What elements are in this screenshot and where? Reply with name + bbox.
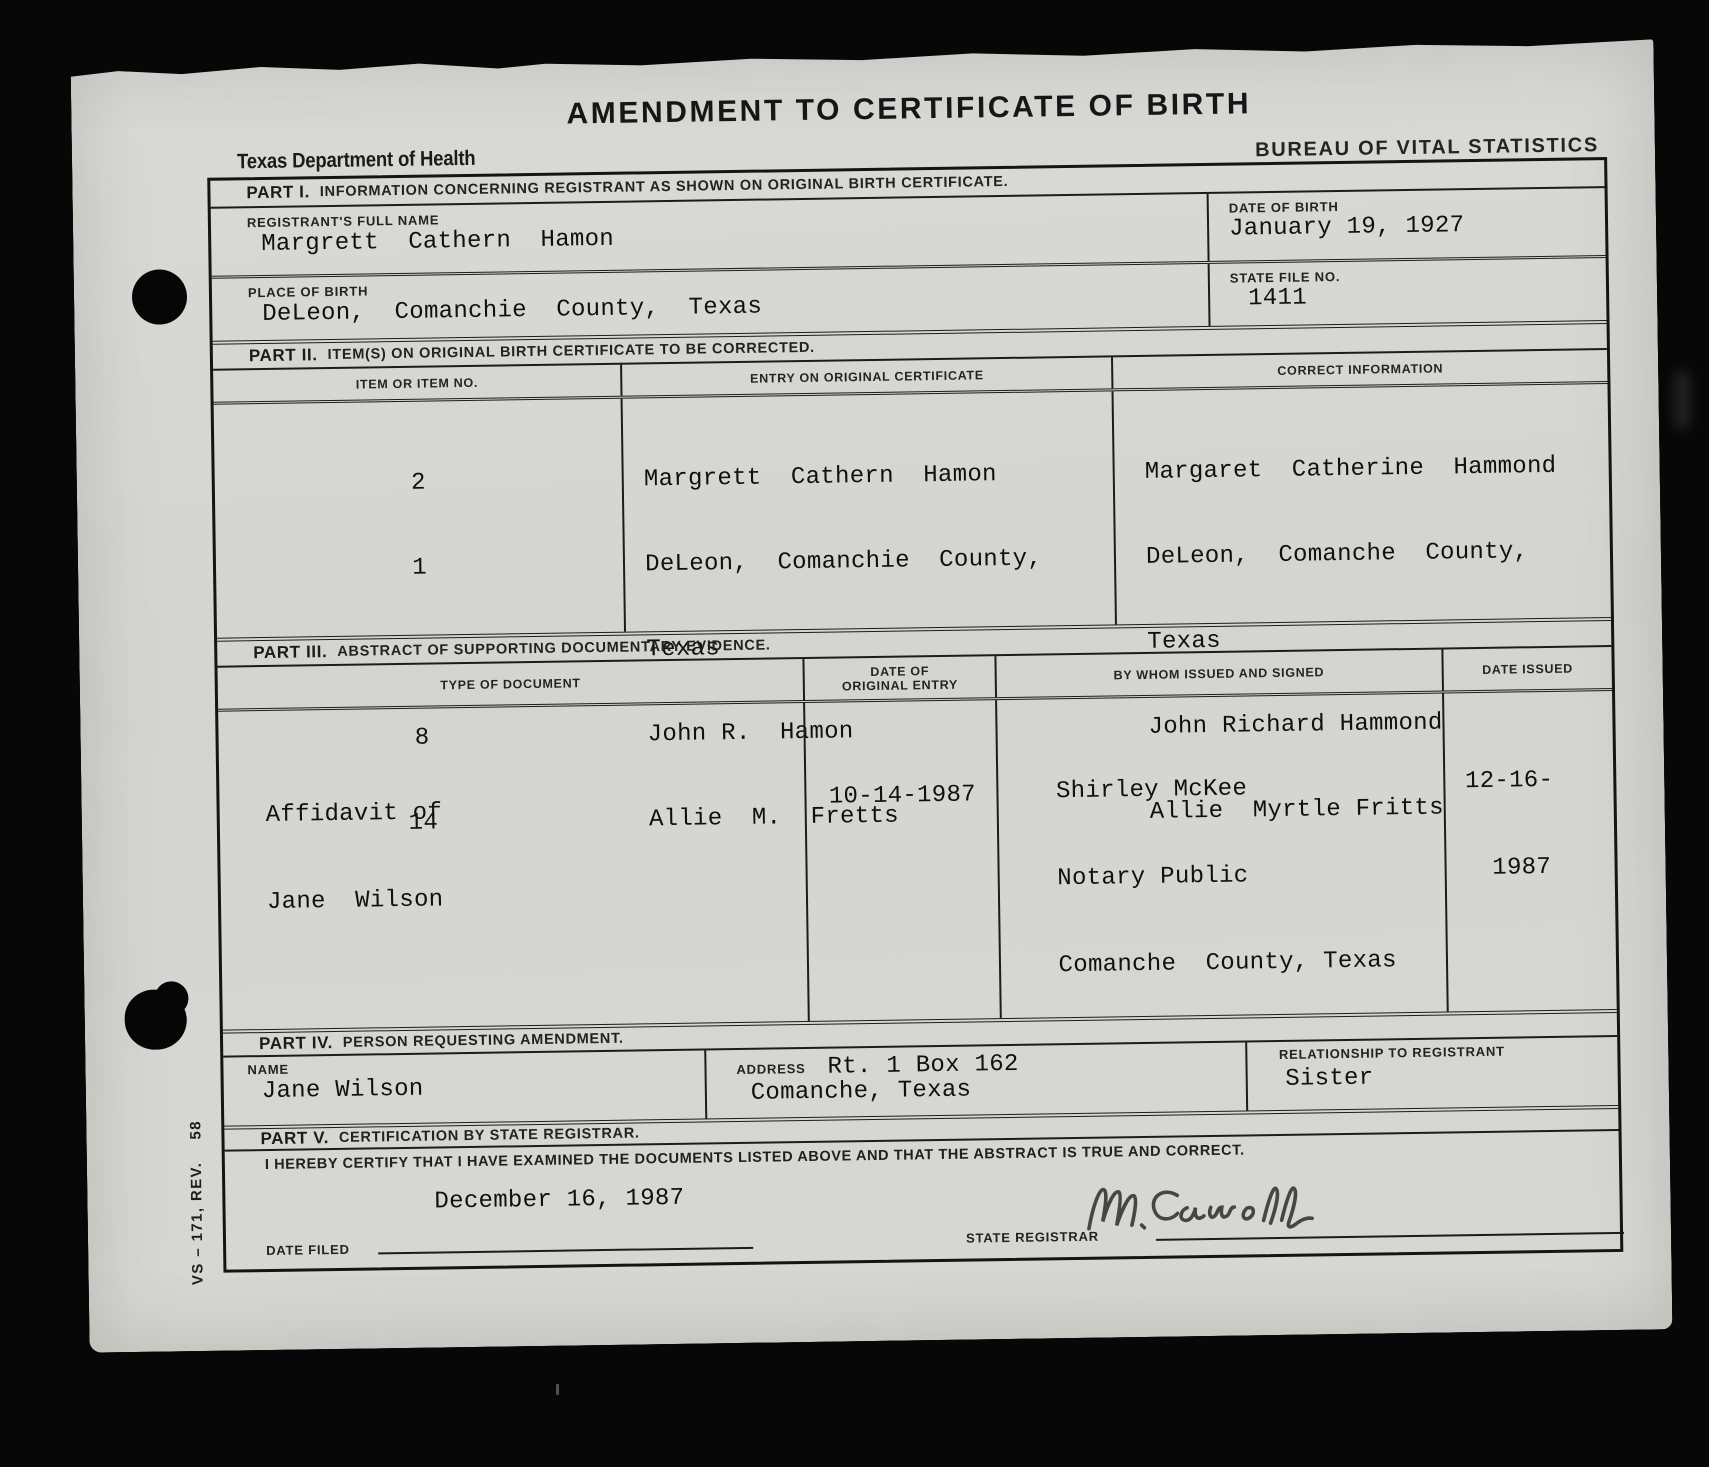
part2-body: 2 1 8 14 Margrett Cathern Hamon DeLeon, … — [214, 384, 1611, 638]
date-of-birth-value: January 19, 1927 — [1229, 210, 1605, 243]
document-title: AMENDMENT TO CERTIFICATE OF BIRTH — [71, 81, 1654, 138]
part2-heading-text: ITEM(S) ON ORIGINAL BIRTH CERTIFICATE TO… — [327, 340, 814, 363]
punch-hole-top — [132, 269, 188, 325]
col-item-no: ITEM OR ITEM NO. — [213, 365, 623, 402]
correct-value: DeLeon, Comanche County, — [1146, 535, 1610, 573]
relationship-value: Sister — [1279, 1061, 1618, 1093]
entry-value: Margrett Cathern Hamon — [644, 457, 1113, 495]
document-type-cell: Affidavit of Jane Wilson — [218, 703, 810, 1030]
issued-by-line3: Comanche County, Texas — [1058, 944, 1446, 983]
part1-label: PART I. — [246, 182, 310, 203]
registrant-name-cell: REGISTRANT'S FULL NAME Margrett Cathern … — [211, 194, 1210, 276]
state-file-value: 1411 — [1230, 280, 1606, 313]
part3-heading-text: ABSTRACT OF SUPPORTING DOCUMENTARY EVIDE… — [337, 637, 771, 659]
registrar-signature — [1077, 1160, 1408, 1251]
requester-name-cell: NAME Jane Wilson — [223, 1050, 707, 1125]
col-date-original-entry-line1: DATE OF — [870, 664, 929, 679]
entry-value: DeLeon, Comanchie County, — [645, 542, 1114, 580]
col-date-original-entry-line2: ORIGINAL ENTRY — [842, 677, 958, 693]
requester-address-line1: Rt. 1 Box 162 — [827, 1051, 1019, 1081]
form-box: PART I. INFORMATION CONCERNING REGISTRAN… — [207, 157, 1623, 1273]
department-name: Texas Department of Health — [237, 147, 476, 175]
punch-hole-bottom — [124, 989, 187, 1050]
col-correct-info: CORRECT INFORMATION — [1113, 350, 1607, 388]
correct-info-column: Margaret Catherine Hammond DeLeon, Coman… — [1114, 384, 1611, 624]
date-of-birth-cell: DATE OF BIRTH January 19, 1927 — [1209, 188, 1606, 261]
part5-heading-text: CERTIFICATION BY STATE REGISTRAR. — [339, 1125, 640, 1145]
part4-label: PART IV. — [259, 1033, 333, 1054]
item-number-column: 2 1 8 14 — [214, 399, 627, 638]
col-date-issued: DATE ISSUED — [1443, 647, 1612, 690]
part1-heading-text: INFORMATION CONCERNING REGISTRANT AS SHO… — [320, 174, 1009, 200]
col-date-original-entry: DATE OF ORIGINAL ENTRY — [805, 656, 997, 700]
col-type-of-document: TYPE OF DOCUMENT — [218, 659, 806, 709]
scanned-document-screenshot: { "colors": { "background": "#070707", "… — [0, 0, 1709, 1467]
part3-label: PART III. — [253, 642, 327, 663]
document-type-line1: Affidavit of — [265, 791, 805, 832]
part5-label: PART V. — [260, 1128, 329, 1149]
part3-body: Affidavit of Jane Wilson 10-14-1987 Shir… — [218, 691, 1617, 1030]
col-issued-by: BY WHOM ISSUED AND SIGNED — [996, 650, 1444, 698]
col-entry-original: ENTRY ON ORIGINAL CERTIFICATE — [622, 357, 1113, 395]
document-type-line2: Jane Wilson — [267, 878, 807, 919]
date-filed-label: DATE FILED — [266, 1242, 350, 1258]
relationship-cell: RELATIONSHIP TO REGISTRANT Sister — [1247, 1037, 1618, 1110]
date-issued-line2: 1987 — [1466, 850, 1615, 885]
issued-by-line1: Shirley McKee — [1056, 770, 1444, 809]
scanner-speck — [556, 1384, 559, 1395]
part2-label: PART II. — [249, 345, 318, 366]
date-issued-cell: 12-16- 1987 — [1444, 691, 1617, 1011]
requester-name-value: Jane Wilson — [248, 1072, 705, 1106]
date-filed-line — [378, 1247, 753, 1255]
date-issued-line1: 12-16- — [1465, 763, 1614, 798]
correct-value: Margaret Catherine Hammond — [1145, 450, 1609, 488]
issued-by-cell: Shirley McKee Notary Public Comanche Cou… — [997, 694, 1449, 1019]
item-no: 2 — [215, 465, 623, 502]
issued-by-line2: Notary Public — [1057, 857, 1445, 896]
scanned-page: AMENDMENT TO CERTIFICATE OF BIRTH Texas … — [71, 39, 1673, 1352]
state-file-cell: STATE FILE NO. 1411 — [1210, 258, 1607, 326]
requester-address-label: ADDRESS — [736, 1061, 805, 1077]
relationship-label: RELATIONSHIP TO REGISTRANT — [1279, 1042, 1618, 1062]
original-entry-date: 10-14-1987 — [829, 778, 997, 813]
original-entry-column: Margrett Cathern Hamon DeLeon, Comanchie… — [623, 391, 1117, 631]
requester-address-cell: ADDRESS Rt. 1 Box 162 Comanche, Texas — [706, 1042, 1248, 1118]
original-entry-date-cell: 10-14-1987 — [805, 700, 1001, 1021]
scanner-edge-smudge — [1674, 370, 1690, 430]
item-no: 1 — [216, 550, 624, 587]
part4-heading-text: PERSON REQUESTING AMENDMENT. — [343, 1031, 624, 1051]
signature-area: December 16, 1987 DATE FILED STATE REGIS… — [225, 1159, 1620, 1270]
date-filed-value: December 16, 1987 — [434, 1185, 684, 1216]
